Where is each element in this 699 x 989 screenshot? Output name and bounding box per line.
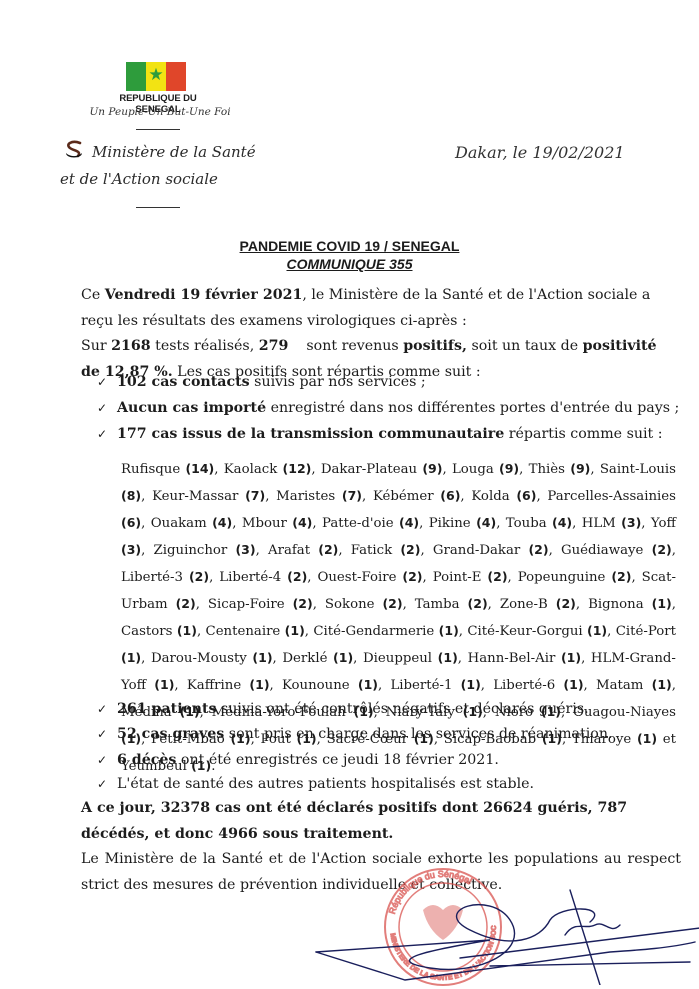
list-item: ✓102 cas contacts suivis par nos service…	[97, 374, 426, 390]
location-case-count: Zone-B (2)	[500, 597, 576, 612]
location-case-count: Grand-Dakar (2)	[433, 543, 549, 558]
location-case-count: Arafat (2)	[268, 543, 338, 558]
cumulative-summary: A ce jour, 32378 cas ont été déclarés po…	[81, 796, 681, 847]
list-item: ✓Aucun cas importé enregistré dans nos d…	[97, 400, 679, 416]
list-item-highlight: 6 décès	[117, 752, 176, 768]
list-item-text: suivis ont été contrôlés négatifs et déc…	[217, 701, 589, 717]
list-item-highlight: 52 cas graves	[117, 726, 224, 742]
list-item: ✓52 cas graves sont pris en charge dans …	[97, 726, 613, 742]
list-item-highlight: 102 cas contacts	[117, 374, 250, 390]
location-case-count: Keur-Massar (7)	[152, 489, 265, 504]
location-case-count: Cité-Gendarmerie (1)	[313, 624, 458, 639]
list-item-text: ont été enregistrés ce jeudi 18 février …	[176, 752, 498, 768]
flag-red-band	[166, 62, 186, 91]
checkmark-icon: ✓	[97, 427, 117, 441]
location-case-count: Liberté-1 (1)	[390, 678, 480, 693]
positive-text: sont revenus	[288, 338, 403, 354]
location-case-count: Rufisque (14)	[121, 462, 214, 477]
location-case-count: Centenaire (1)	[206, 624, 305, 639]
list-item-text: sont pris en charge dans les services de…	[224, 726, 612, 742]
location-case-count: Guédiawaye (2)	[561, 543, 672, 558]
location-case-count: Tamba (2)	[415, 597, 488, 612]
list-item: ✓177 cas issus de la transmission commun…	[97, 426, 663, 442]
location-case-count: Sokone (2)	[325, 597, 403, 612]
national-motto: Un Peuple-Un But-Une Foi	[88, 106, 232, 118]
ministry-name-line1: Ministère de la Santé	[92, 143, 256, 161]
location-case-count: Liberté-6 (1)	[493, 678, 583, 693]
list-item: ✓261 patients suivis ont été contrôlés n…	[97, 701, 589, 717]
location-case-count: Matam (1)	[596, 678, 672, 693]
location-case-count: Kounoune (1)	[282, 678, 378, 693]
ministry-name-line2: et de l'Action sociale	[60, 170, 218, 188]
location-case-count: Cité-Keur-Gorgui (1)	[467, 624, 607, 639]
location-case-count: Kolda (6)	[471, 489, 536, 504]
location-case-count: Ouest-Foire (2)	[317, 570, 422, 585]
location-case-count: Bignona (1)	[588, 597, 672, 612]
location-case-count: Darou-Mousty (1)	[151, 651, 273, 666]
location-case-count: Touba (4)	[506, 516, 572, 531]
location-case-count: Point-E (2)	[433, 570, 508, 585]
location-case-count: Louga (9)	[452, 462, 519, 477]
flag-green-band	[126, 62, 146, 91]
list-item-text: répartis comme suit :	[504, 426, 662, 442]
tests-text: Sur	[81, 338, 111, 354]
divider	[136, 207, 180, 208]
tests-count: 2168	[111, 338, 151, 354]
location-case-count: Kébémer (6)	[373, 489, 460, 504]
communique-number: COMMUNIQUE 355	[0, 256, 699, 272]
location-case-count: Sicap-Foire (2)	[208, 597, 313, 612]
checkmark-icon: ✓	[97, 375, 117, 389]
location-case-count: Dakar-Plateau (9)	[321, 462, 443, 477]
location-case-count: Mbour (4)	[242, 516, 313, 531]
checkmark-icon: ✓	[97, 753, 117, 767]
signature	[310, 880, 699, 985]
rate-text: soit un taux de	[467, 338, 583, 354]
location-case-count: Dieuppeul (1)	[363, 651, 458, 666]
location-case-count: Derklé (1)	[282, 651, 353, 666]
location-case-count: Ouakam (4)	[151, 516, 232, 531]
intro-paragraph: Ce Vendredi 19 février 2021, le Ministèr…	[81, 283, 675, 385]
location-case-count: Kaffrine (1)	[187, 678, 270, 693]
list-item: ✓6 décès ont été enregistrés ce jeudi 18…	[97, 752, 499, 768]
list-item: ✓L'état de santé des autres patients hos…	[97, 776, 534, 792]
positive-count: 279	[259, 338, 289, 354]
list-item-text: suivis par nos services ;	[250, 374, 426, 390]
intro-date: Vendredi 19 février 2021	[105, 287, 303, 303]
positive-word: positifs,	[403, 338, 467, 354]
intro-text: Ce	[81, 287, 105, 303]
star-icon: ★	[146, 65, 166, 85]
location-case-count: HLM (3)	[582, 516, 642, 531]
location-case-count: Popeunguine (2)	[518, 570, 632, 585]
location-case-count: Pikine (4)	[429, 516, 496, 531]
list-item-highlight: 261 patients	[117, 701, 217, 717]
location-case-count: Kaolack (12)	[224, 462, 312, 477]
checkmark-icon: ✓	[97, 702, 117, 716]
checkmark-icon: ✓	[97, 777, 117, 791]
flag-yellow-band: ★	[146, 62, 166, 91]
list-item-highlight: Aucun cas importé	[117, 400, 266, 416]
location-case-count: Liberté-4 (2)	[219, 570, 307, 585]
ministry-emblem-icon	[62, 139, 86, 163]
location-case-count: Castors (1)	[121, 624, 197, 639]
location-case-count: Hann-Bel-Air (1)	[468, 651, 581, 666]
divider	[136, 129, 180, 130]
location-case-count: Liberté-3 (2)	[121, 570, 209, 585]
list-item-text: L'état de santé des autres patients hosp…	[117, 776, 534, 792]
document-date: Dakar, le 19/02/2021	[455, 143, 625, 162]
location-case-count: Ziguinchor (3)	[154, 543, 256, 558]
list-item-text: enregistré dans nos différentes portes d…	[266, 400, 679, 416]
tests-text: tests réalisés,	[151, 338, 259, 354]
checkmark-icon: ✓	[97, 727, 117, 741]
location-case-count: Patte-d'oie (4)	[322, 516, 419, 531]
location-case-count: Fatick (2)	[351, 543, 421, 558]
location-case-count: Thiès (9)	[529, 462, 591, 477]
checkmark-icon: ✓	[97, 401, 117, 415]
list-item-highlight: 177 cas issus de la transmission communa…	[117, 426, 504, 442]
senegal-flag: ★	[126, 62, 186, 91]
location-case-count: Maristes (7)	[276, 489, 362, 504]
document-title: PANDEMIE COVID 19 / SENEGAL	[0, 238, 699, 254]
